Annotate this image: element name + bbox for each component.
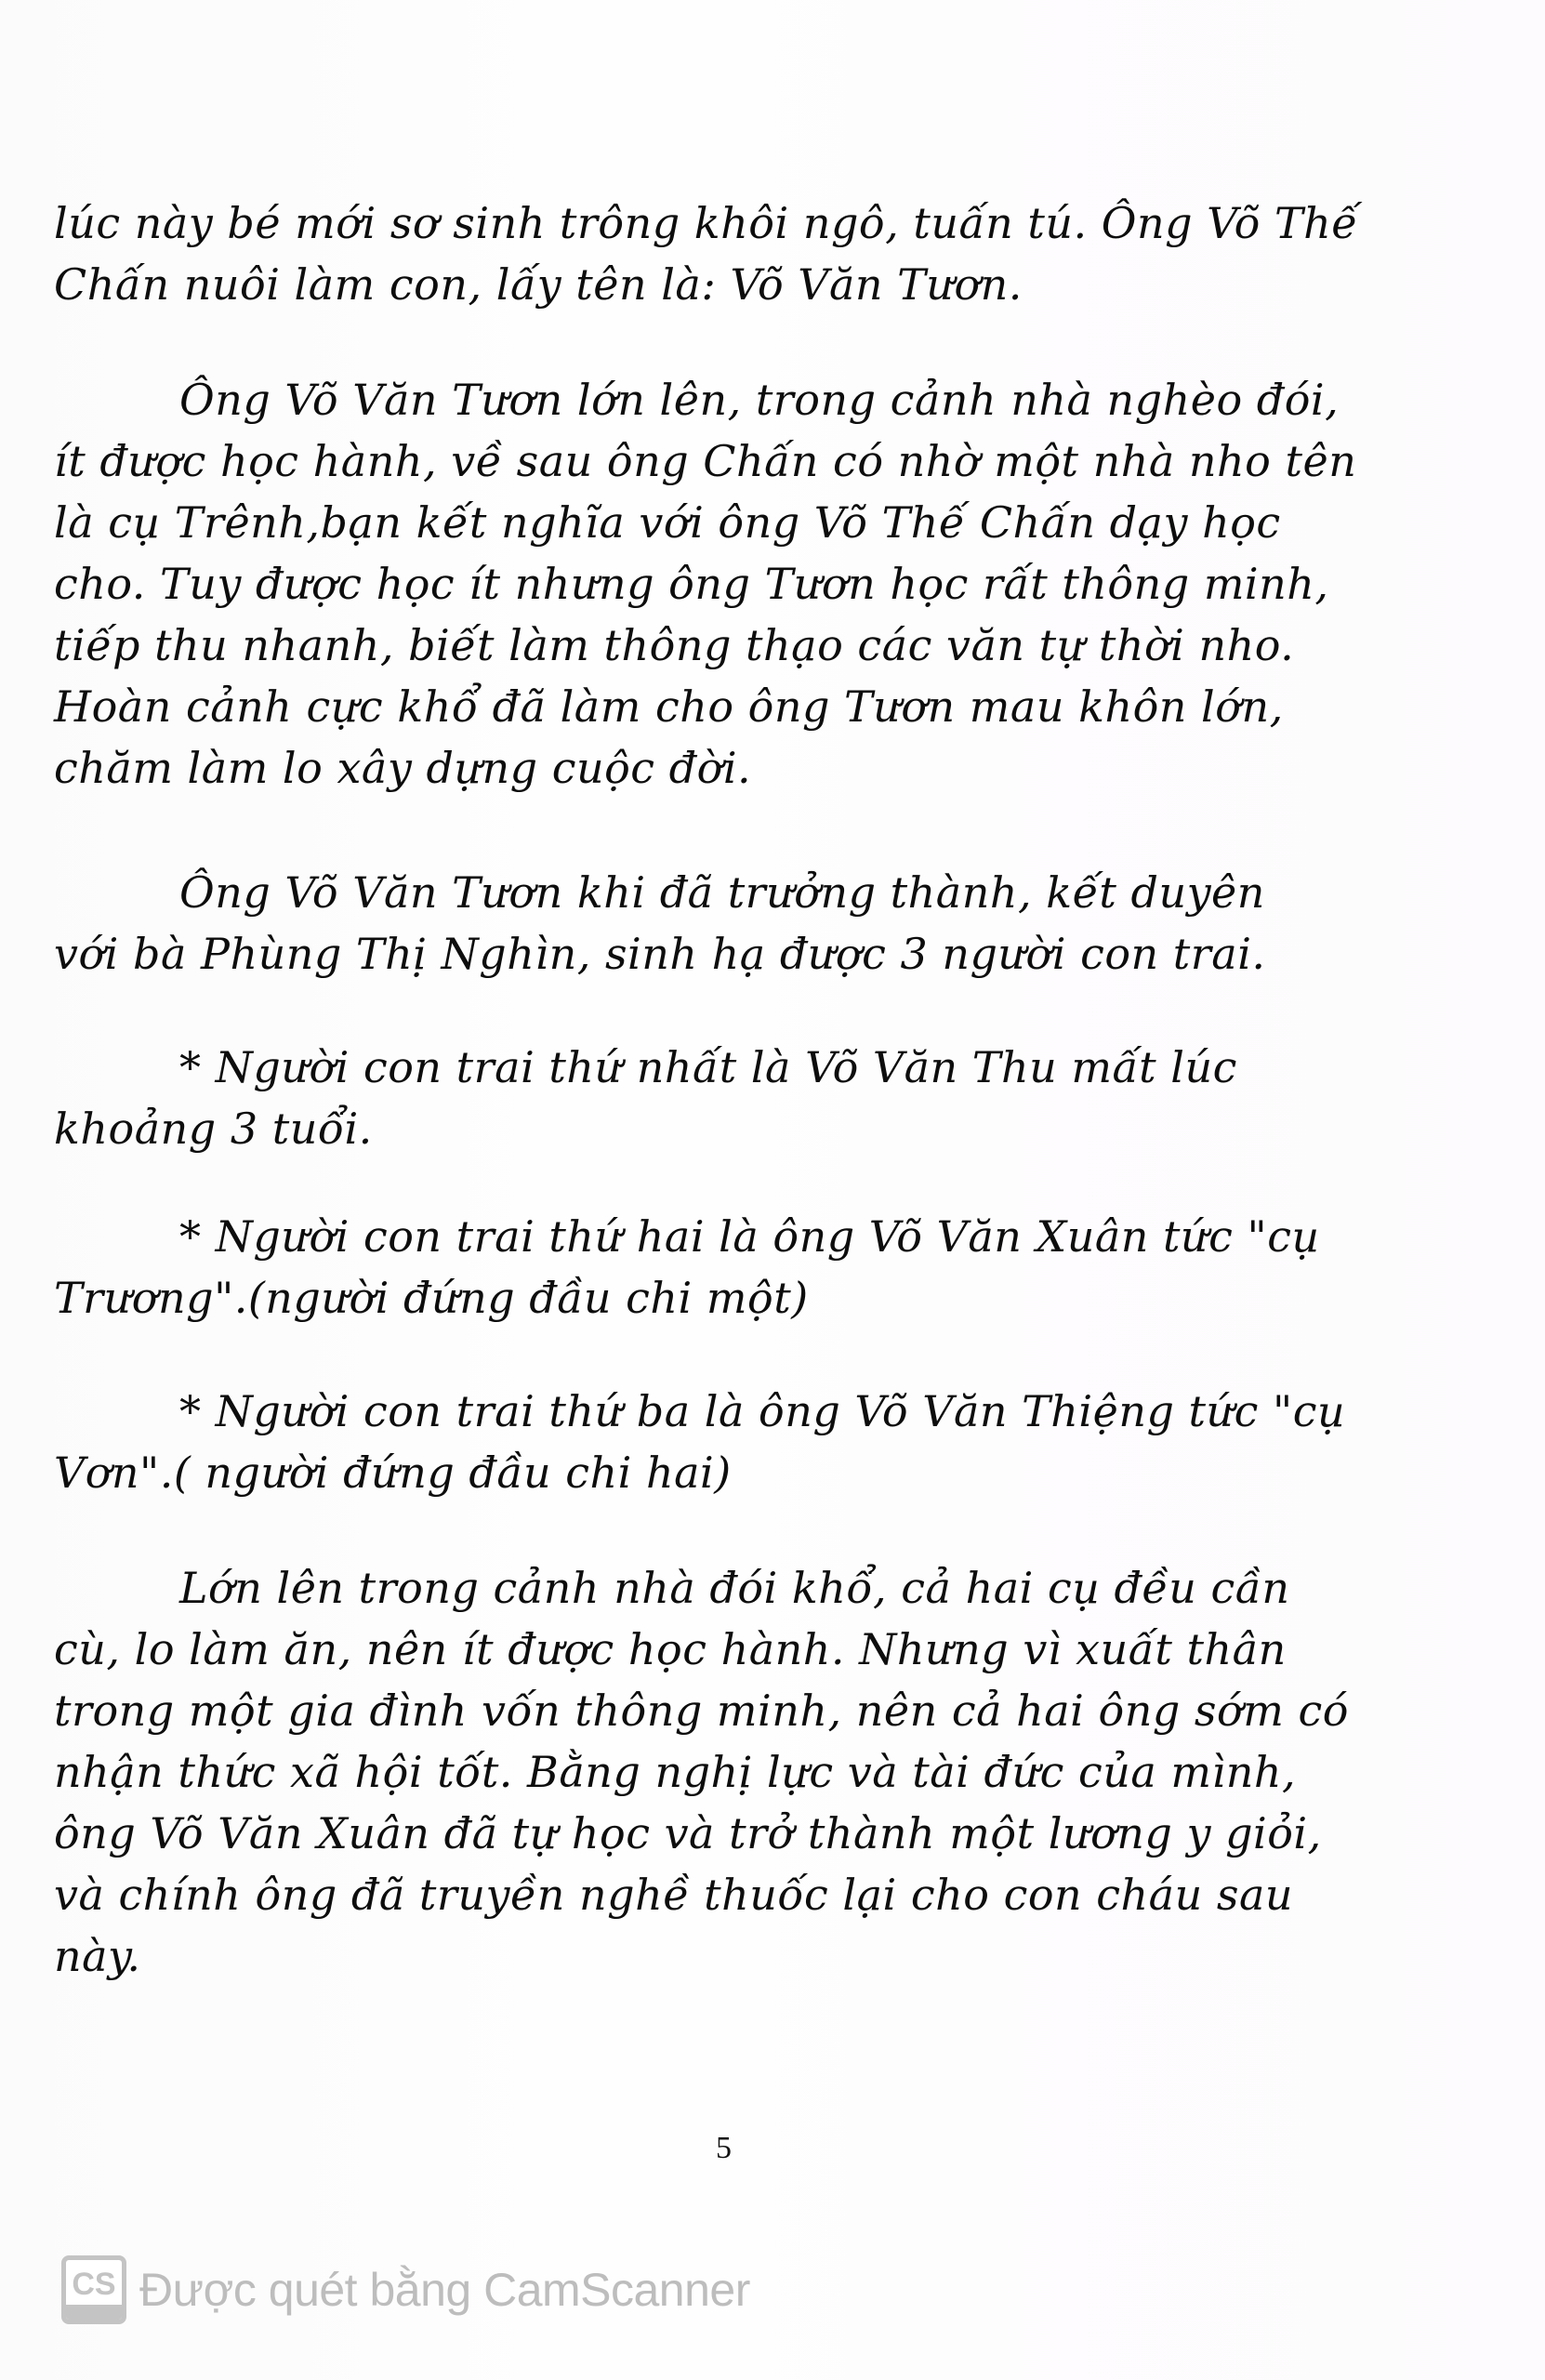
text-line: và chính ông đã truyền nghề thuốc lại ch… xyxy=(54,1867,1293,1923)
scanned-page: lúc này bé mới sơ sinh trông khôi ngô, t… xyxy=(0,0,1545,2380)
text-line: Ông Võ Văn Tươn khi đã trưởng thành, kết… xyxy=(179,865,1265,920)
text-line: tiếp thu nhanh, biết làm thông thạo các … xyxy=(54,617,1294,673)
text-line: ông Võ Văn Xuân đã tự học và trở thành m… xyxy=(54,1805,1322,1861)
text-line: chăm làm lo xây dựng cuộc đời. xyxy=(54,740,751,796)
text-line: này. xyxy=(54,1928,141,1984)
logo-text: CS xyxy=(66,2266,122,2303)
watermark-text: Được quét bằng CamScanner xyxy=(139,2263,750,2317)
list-item-first-son: * Người con trai thứ nhất là Võ Văn Thu … xyxy=(179,1039,1237,1095)
text-line: với bà Phùng Thị Nghìn, sinh hạ được 3 n… xyxy=(54,926,1266,982)
logo-bar xyxy=(66,2305,122,2320)
text-line: Hoàn cảnh cực khổ đã làm cho ông Tươn ma… xyxy=(54,679,1284,734)
text-line: Trương".(người đứng đầu chi một) xyxy=(54,1270,809,1326)
text-line: khoảng 3 tuổi. xyxy=(54,1101,373,1157)
text-line: trong một gia đình vốn thông minh, nên c… xyxy=(54,1683,1349,1739)
text-line: Lớn lên trong cảnh nhà đói khổ, cả hai c… xyxy=(179,1560,1290,1616)
text-line: lúc này bé mới sơ sinh trông khôi ngô, t… xyxy=(54,195,1358,251)
text-line: Vơn".( người đứng đầu chi hai) xyxy=(54,1445,732,1501)
list-item-third-son: * Người con trai thứ ba là ông Võ Văn Th… xyxy=(179,1383,1345,1439)
text-line: Ông Võ Văn Tươn lớn lên, trong cảnh nhà … xyxy=(179,372,1339,428)
camscanner-logo-icon: CS xyxy=(61,2255,126,2324)
text-line: là cụ Trênh,bạn kết nghĩa với ông Võ Thế… xyxy=(54,495,1281,550)
text-line: ít được học hành, về sau ông Chấn có nhờ… xyxy=(54,433,1356,489)
text-line: cho. Tuy được học ít nhưng ông Tươn học … xyxy=(54,556,1329,612)
text-line: nhận thức xã hội tốt. Bằng nghị lực và t… xyxy=(54,1744,1296,1800)
text-line: Chấn nuôi làm con, lấy tên là: Võ Văn Tư… xyxy=(54,257,1023,312)
page-number: 5 xyxy=(716,2131,732,2166)
list-item-second-son: * Người con trai thứ hai là ông Võ Văn X… xyxy=(179,1209,1320,1264)
camscanner-watermark: CS Được quét bằng CamScanner xyxy=(61,2255,750,2324)
text-line: cù, lo làm ăn, nên ít được học hành. Như… xyxy=(54,1621,1287,1677)
